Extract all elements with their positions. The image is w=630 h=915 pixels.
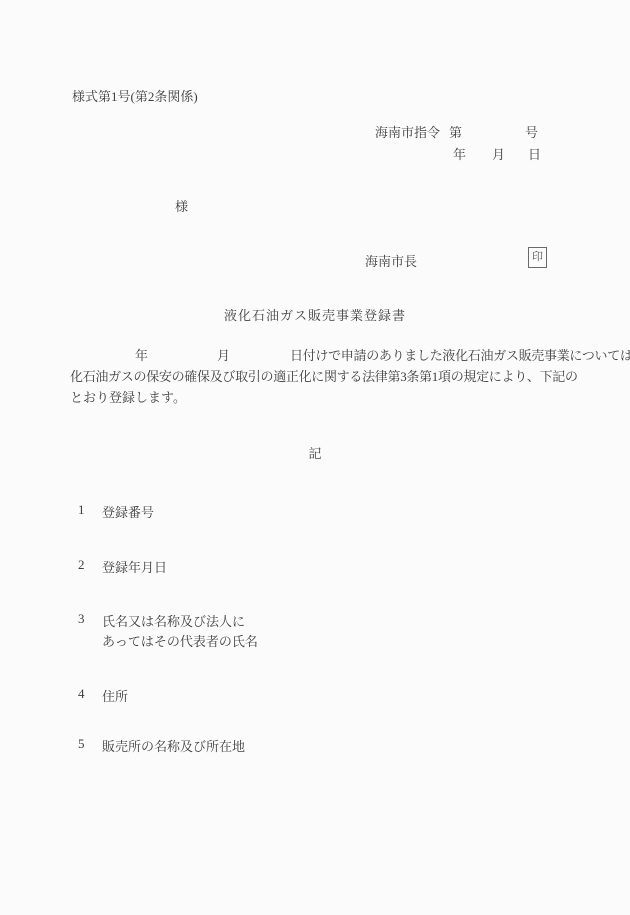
item-label: 住所: [102, 686, 128, 705]
issuer-title: 海南市長: [365, 251, 417, 270]
directive-authority: 海南市指令: [375, 122, 440, 141]
body-line3: とおり登録します。: [70, 387, 186, 406]
directive-date-month: 月: [492, 144, 505, 163]
list-header-ki: 記: [0, 443, 630, 462]
item-label: 登録番号: [102, 502, 154, 521]
item-number: 3: [78, 611, 85, 627]
directive-date-year: 年: [453, 144, 466, 163]
document-title: 液化石油ガス販売事業登録書: [0, 305, 630, 324]
item-number: 4: [78, 686, 85, 702]
item-label: 氏名又は名称及び法人に: [102, 611, 245, 630]
item-label: 登録年月日: [102, 557, 167, 576]
body-line2: 化石油ガスの保安の確保及び取引の適正化に関する法律第3条第1項の規定により、下記…: [70, 366, 578, 385]
item-label-line2: あってはその代表者の氏名: [102, 631, 258, 650]
item-label: 販売所の名称及び所在地: [102, 736, 245, 755]
body-blank-month: 月: [217, 345, 230, 364]
directive-number-suffix: 号: [525, 122, 538, 141]
form-number: 様式第1号(第2条関係): [72, 86, 198, 105]
directive-number-prefix: 第: [449, 122, 462, 141]
directive-date-day: 日: [528, 144, 541, 163]
item-number: 1: [78, 502, 85, 518]
seal-mark: 印: [528, 247, 547, 268]
body-line1: 日付けで申請のありました液化石油ガス販売事業については、液: [290, 345, 630, 364]
item-number: 2: [78, 557, 85, 573]
item-number: 5: [78, 736, 85, 752]
document-page: 様式第1号(第2条関係) 海南市指令 第 号 年 月 日 様 海南市長 印 液化…: [0, 0, 630, 915]
addressee-honorific: 様: [175, 196, 188, 215]
body-blank-year: 年: [135, 345, 148, 364]
